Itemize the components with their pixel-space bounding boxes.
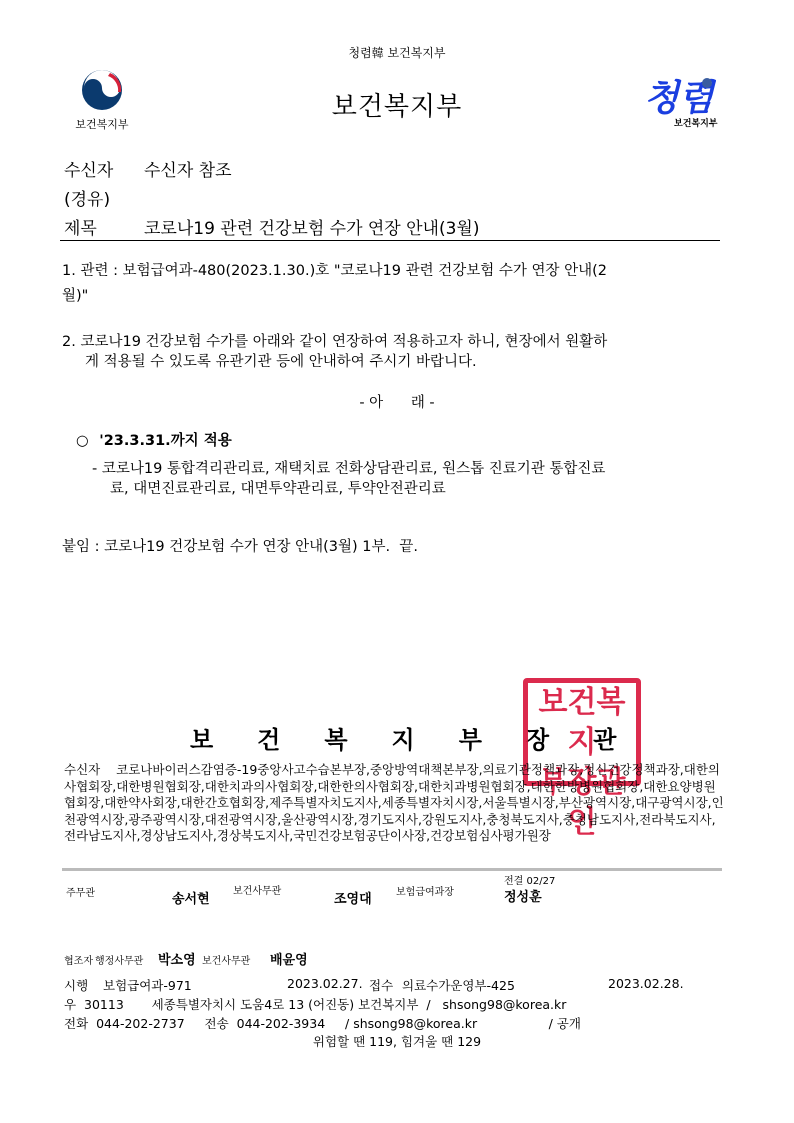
exec-number: 보험급여과-971 [103, 976, 192, 994]
approver2-title: 보건사무관 [233, 882, 281, 897]
slogan: 청렴韓 보건복지부 [0, 44, 794, 61]
recipient-row: 수신자수신자 참조 [64, 156, 232, 181]
address-line: 우 30113 세종특별자치시 도움4로 13 (어진동) 보건복지부 / sh… [64, 995, 566, 1013]
phone-line: 전화 044-202-2737 전송 044-202-3934 / shsong… [64, 1014, 581, 1032]
integrity-logo: 청렴 보건복지부 [640, 70, 730, 140]
integrity-logo-sub: 보건복지부 [674, 116, 717, 129]
coop1-name: 박소영 [158, 949, 196, 968]
recipient-value: 수신자 참조 [144, 161, 232, 181]
recipient-list-text: 코로나바이러스감염증-19중앙사고수습본부장,중앙방역대책본부장,의료기관정책과… [64, 762, 724, 843]
item-2-line1: 2. 코로나19 건강보험 수가를 아래와 같이 연장하여 적용하고자 하니, … [62, 333, 607, 352]
subject-label: 제목 [64, 214, 144, 239]
attachment-line: 붙임 : 코로나19 건강보험 수가 연장 안내(3월) 1부. 끝. [62, 538, 418, 557]
approver2-name: 조영대 [334, 888, 372, 907]
coop1-title: 행정사무관 [95, 952, 143, 967]
sub-item-line1: - 코로나19 통합격리관리료, 재택치료 전화상담관리료, 원스톱 진료기관 … [92, 460, 605, 479]
header-divider [60, 240, 720, 241]
recv-number: 의료수가운영부-425 [402, 976, 515, 994]
circle-bullet-icon: ○ [76, 433, 89, 449]
approver3-note: 전결 02/27 [504, 872, 555, 887]
recv-label: 접수 [369, 976, 393, 994]
approver3-title: 보험급여과장 [396, 883, 454, 898]
approval-divider [62, 868, 722, 871]
coop2-title: 보건사무관 [202, 952, 250, 967]
bullet-text: '23.3.31.까지 적용 [99, 433, 232, 449]
subject-row: 제목코로나19 관련 건강보험 수가 연장 안내(3월) [64, 214, 479, 239]
coop-label: 협조자 [64, 952, 93, 967]
recipient-label: 수신자 [64, 156, 144, 181]
hotline-line: 위험할 땐 119, 힘겨울 땐 129 [0, 1032, 794, 1050]
integrity-logo-text: 청렴 [644, 70, 714, 121]
exec-date: 2023.02.27. [287, 976, 363, 991]
approver1-title: 주무관 [66, 884, 95, 899]
bullet-item: ○ '23.3.31.까지 적용 [76, 432, 232, 451]
subject-value: 코로나19 관련 건강보험 수가 연장 안내(3월) [144, 219, 479, 239]
approver1-name: 송서현 [172, 888, 210, 907]
recipient-list: 수신자 코로나바이러스감염증-19중앙사고수습본부장,중앙방역대책본부장,의료기… [64, 762, 724, 845]
stamp-line1: 보건복지 [528, 683, 636, 763]
recipient-list-label: 수신자 [64, 762, 100, 777]
via-label: (경유) [64, 185, 110, 210]
recv-date: 2023.02.28. [608, 976, 684, 991]
sub-item-line2: 료, 대면진료관리료, 대면투약관리료, 투약안전관리료 [110, 480, 446, 499]
seal-dot-icon [702, 78, 712, 88]
item-2-line2: 게 적용될 수 있도록 유관기관 등에 안내하여 주시기 바랍니다. [85, 353, 477, 372]
exec-label: 시행 [64, 976, 88, 994]
item-1-line2: 월)" [62, 287, 88, 306]
below-heading: - 아 래 - [0, 394, 794, 413]
approver3-name: 정성훈 [504, 886, 542, 905]
coop2-name: 배윤영 [270, 949, 308, 968]
item-1-line1: 1. 관련 : 보험급여과-480(2023.1.30.)호 "코로나19 관련… [62, 262, 607, 281]
